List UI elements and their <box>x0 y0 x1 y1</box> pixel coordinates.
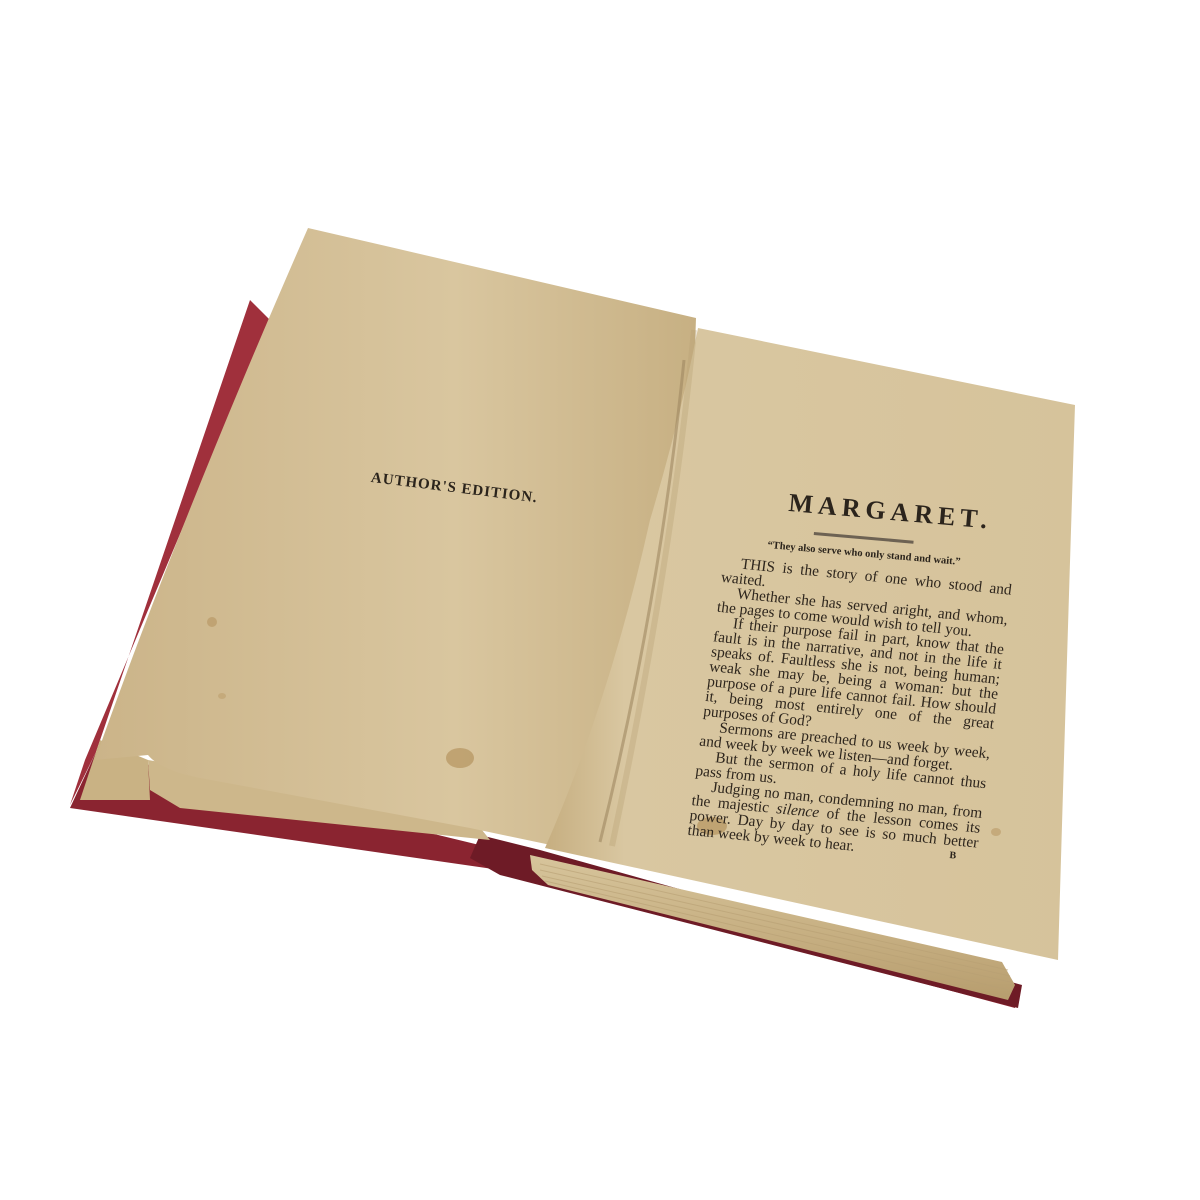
stain-left-1 <box>446 748 474 768</box>
body-text: THIS is the story of one who stood and w… <box>687 555 1013 866</box>
signature-mark: B <box>949 850 957 862</box>
open-book-illustration <box>0 0 1200 1200</box>
book-photo: AUTHOR'S EDITION. MARGARET. “They also s… <box>0 0 1200 1200</box>
